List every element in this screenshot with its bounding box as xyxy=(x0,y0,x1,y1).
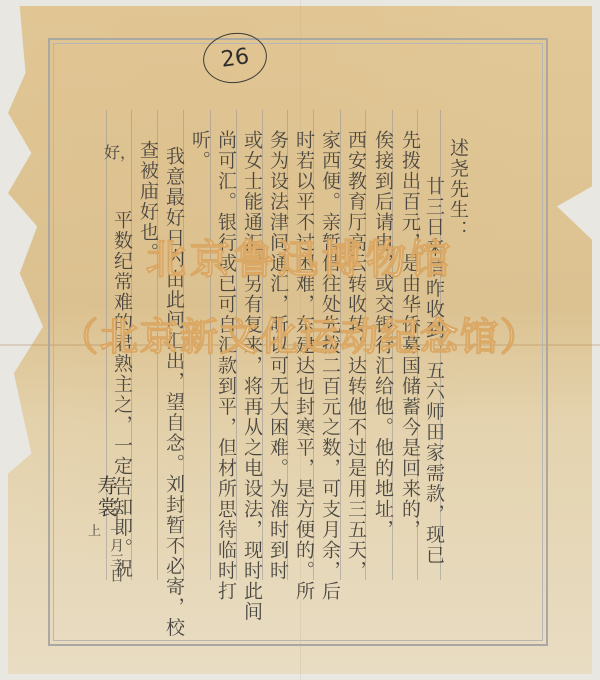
letter-column: 我意最好日内由此间汇出，望自念。刘封暂不必寄，校 xyxy=(164,146,183,638)
signature-suffix: 上 xyxy=(88,520,101,539)
page-number: 26 xyxy=(219,44,250,73)
letter-column: 听。 xyxy=(190,130,209,171)
letter-column: 时若以平不过困难，东建达也封寒平，是方便的。所 xyxy=(294,130,313,602)
letter-column: 尚可汇。银行或已可自汇款到平，但材所思待临时打 xyxy=(216,130,235,602)
letter-date: 十一月三日 xyxy=(106,508,126,583)
letter-column: 家西便。亲暂借往处先拨二百元之数，可支月余，后 xyxy=(320,130,339,602)
watermark-memorial: （北京新文化运动纪念馆） xyxy=(0,306,600,361)
salutation: 述尧先生： xyxy=(448,138,467,241)
closing-note: 好， xyxy=(104,140,136,163)
letter-column: 或女士能通汇，另有复来，将再从之电设法，现时此间 xyxy=(242,130,261,622)
watermark-museum: 北京鲁迅博物馆 xyxy=(0,228,600,285)
